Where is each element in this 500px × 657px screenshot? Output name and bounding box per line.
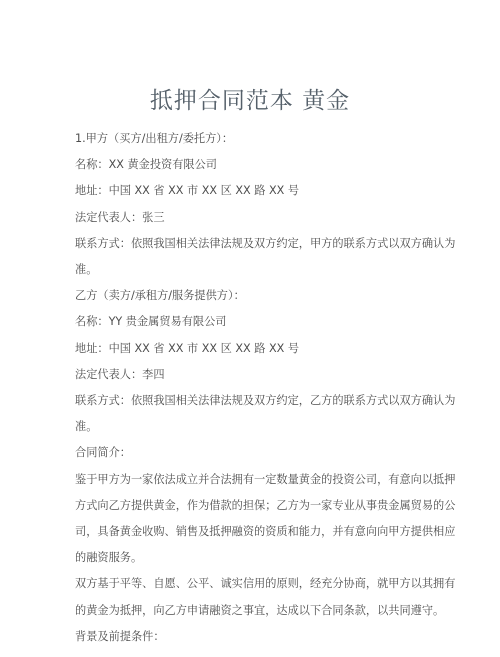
document-page: 抵押合同范本 黄金 1.甲方（买方/出租方/委托方）： 名称：XX 黄金投资有限… — [0, 0, 500, 657]
agreement-paragraph-line: 的黄金为抵押，向乙方申请融资之事宜，达成以下合同条款，以共同遵守。 — [75, 598, 430, 624]
party-a-representative: 法定代表人：张三 — [75, 205, 430, 231]
party-b-heading: 乙方（卖方/承租方/服务提供方）： — [75, 283, 430, 309]
agreement-paragraph-line: 双方基于平等、自愿、公平、诚实信用的原则，经充分协商，就甲方以其拥有 — [75, 571, 430, 597]
party-a-address: 地址：中国 XX 省 XX 市 XX 区 XX 路 XX 号 — [75, 178, 430, 204]
document-body: 1.甲方（买方/出租方/委托方）： 名称：XX 黄金投资有限公司 地址：中国 X… — [75, 126, 430, 650]
party-a-name: 名称：XX 黄金投资有限公司 — [75, 152, 430, 178]
party-b-contact-cont: 准。 — [75, 414, 430, 440]
party-b-representative: 法定代表人：李四 — [75, 362, 430, 388]
party-a-contact-cont: 准。 — [75, 257, 430, 283]
background-heading: 背景及前提条件： — [75, 624, 430, 650]
contract-intro-heading: 合同简介： — [75, 440, 430, 466]
document-title: 抵押合同范本 黄金 — [0, 82, 500, 115]
party-a-heading: 1.甲方（买方/出租方/委托方）： — [75, 126, 430, 152]
party-b-name: 名称：YY 贵金属贸易有限公司 — [75, 309, 430, 335]
intro-paragraph-line: 司，具备黄金收购、销售及抵押融资的资质和能力，并有意向向甲方提供相应 — [75, 519, 430, 545]
party-a-contact: 联系方式：依照我国相关法律法规及双方约定，甲方的联系方式以双方确认为 — [75, 231, 430, 257]
intro-paragraph-line: 的融资服务。 — [75, 545, 430, 571]
intro-paragraph-line: 方式向乙方提供黄金，作为借款的担保；乙方为一家专业从事贵金属贸易的公 — [75, 493, 430, 519]
intro-paragraph-line: 鉴于甲方为一家依法成立并合法拥有一定数量黄金的投资公司，有意向以抵押 — [75, 467, 430, 493]
party-b-contact: 联系方式：依照我国相关法律法规及双方约定，乙方的联系方式以双方确认为 — [75, 388, 430, 414]
party-b-address: 地址：中国 XX 省 XX 市 XX 区 XX 路 XX 号 — [75, 336, 430, 362]
